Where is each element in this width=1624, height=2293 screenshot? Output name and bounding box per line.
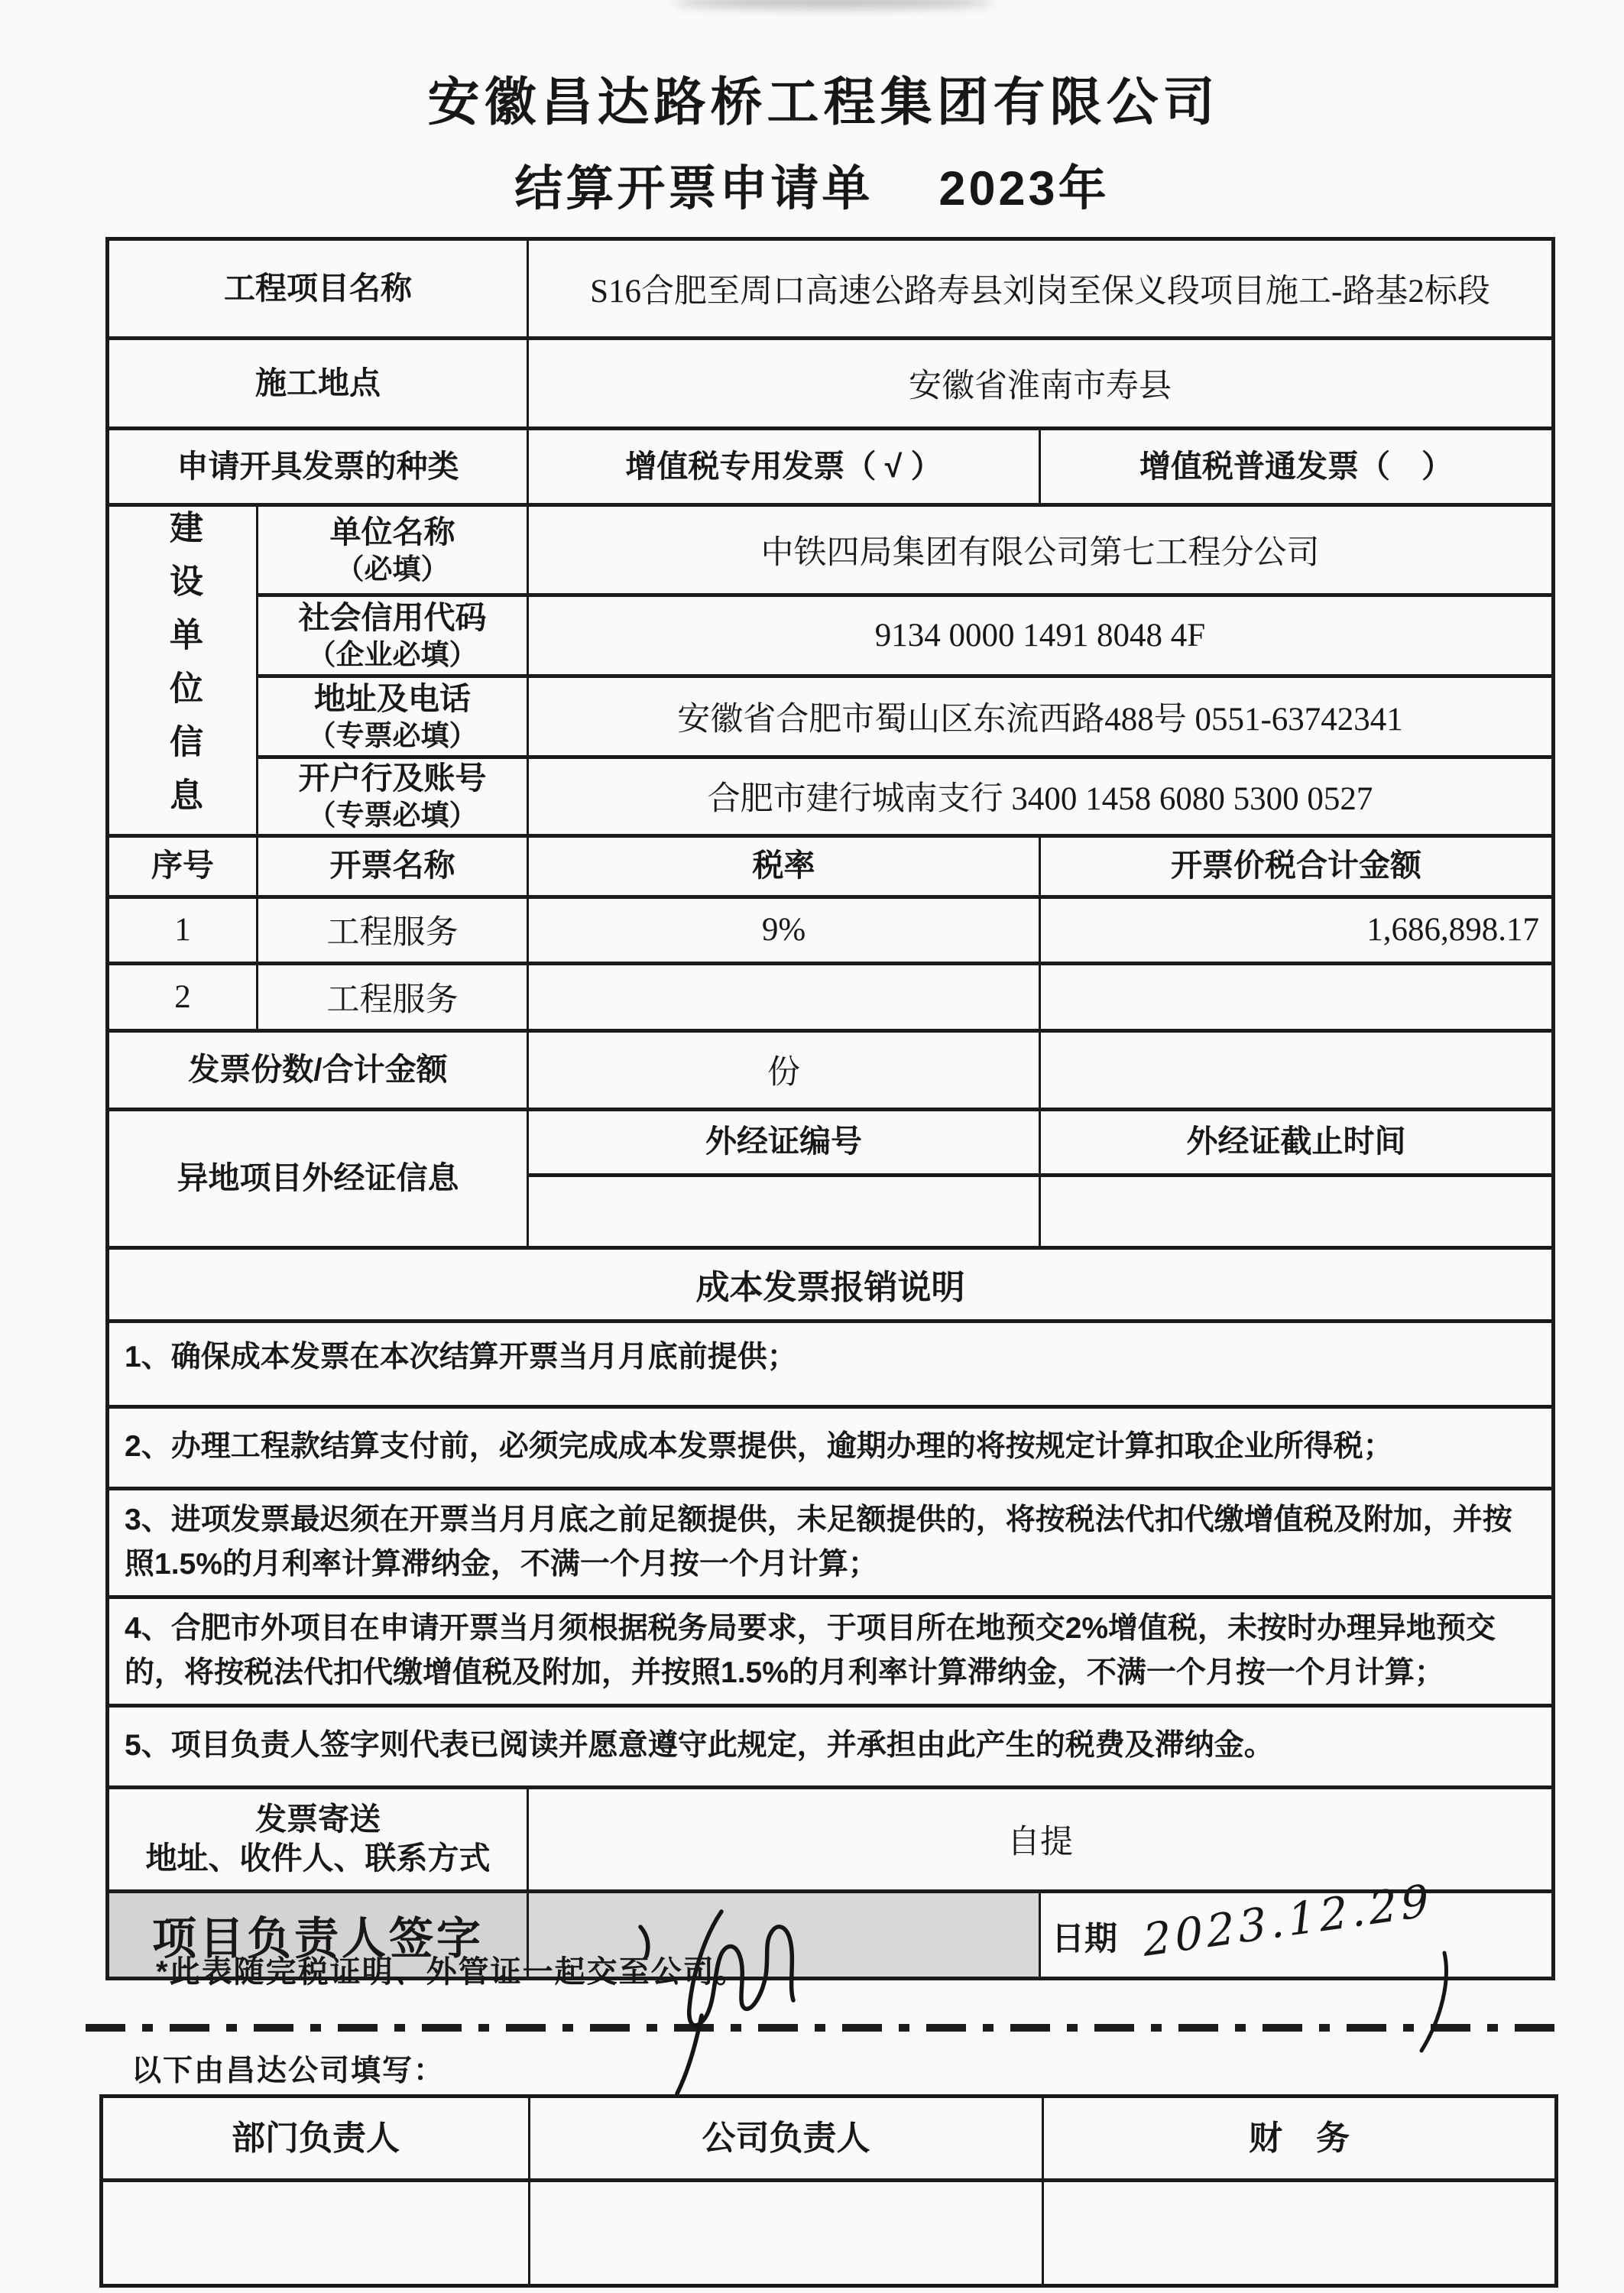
scanned-form-page: 安徽昌达路桥工程集团有限公司 结算开票申请单 2023年 工程项目名称 S16合…: [0, 0, 1624, 2293]
dept-manager-header: 部门负责人: [102, 2097, 530, 2181]
waijing-number-header: 外经证编号: [528, 1109, 1040, 1175]
item1-name: 工程服务: [258, 897, 528, 963]
invoice-type-label: 申请开具发票的种类: [108, 429, 528, 505]
applicant-bank-label: 开户行及账号 （专票必填）: [258, 757, 528, 836]
application-form-table: 工程项目名称 S16合肥至周口高速公路寿县刘岗至保义段项目施工-路基2标段 施工…: [105, 237, 1555, 1980]
company-fill-intro: 以下由昌达公司填写：: [131, 2047, 445, 2090]
item1-no: 1: [108, 897, 258, 963]
note-row-3: 3、进项发票最迟须在开票当月月底之前足额提供，未足额提供的，将按税法代扣代缴增值…: [108, 1488, 1554, 1597]
row-location: 施工地点 安徽省淮南市寿县: [108, 339, 1554, 429]
company-manager-header: 公司负责人: [530, 2097, 1043, 2181]
items-header-name: 开票名称: [258, 835, 528, 897]
applicant-address-value: 安徽省合肥市蜀山区东流西路488号 0551-63742341: [528, 676, 1554, 757]
company-title: 安徽昌达路桥工程集团有限公司: [0, 61, 1624, 135]
waijing-number-value: [528, 1175, 1040, 1247]
row-applicant-bank: 开户行及账号 （专票必填） 合肥市建行城南支行 3400 1458 6080 5…: [108, 757, 1554, 836]
row-invoice-count: 发票份数/合计金额 份: [108, 1030, 1554, 1109]
note-4: 4、合肥市外项目在申请开票当月须根据税务局要求，于项目所在地预交2%增值税，未按…: [108, 1597, 1554, 1705]
waijing-deadline-header: 外经证截止时间: [1040, 1109, 1554, 1175]
finance-header: 财 务: [1043, 2097, 1557, 2181]
note-1: 1、确保成本发票在本次结算开票当月月底前提供；: [108, 1321, 1554, 1406]
delivery-value: 自提: [528, 1787, 1554, 1891]
applicant-credit-code-label: 社会信用代码 （企业必填）: [258, 595, 528, 676]
scan-artifact-smudge: [673, 0, 994, 8]
signature-date-cell: 日期2023.12.29: [1040, 1891, 1554, 1978]
row-applicant-name: 建设单位信息 单位名称 （必填） 中铁四局集团有限公司第七工程分公司: [108, 505, 1554, 595]
item-row-2: 2 工程服务: [108, 963, 1554, 1030]
applicant-address-label: 地址及电话 （专票必填）: [258, 676, 528, 757]
invoice-count-value: [1040, 1030, 1554, 1109]
row-applicant-address: 地址及电话 （专票必填） 安徽省合肥市蜀山区东流西路488号 0551-6374…: [108, 676, 1554, 757]
note-3: 3、进项发票最迟须在开票当月月底之前足额提供，未足额提供的，将按税法代扣代缴增值…: [108, 1488, 1554, 1597]
applicant-bank-value: 合肥市建行城南支行 3400 1458 6080 5300 0527: [528, 757, 1554, 836]
item1-rate: 9%: [528, 897, 1040, 963]
items-header-rate: 税率: [528, 835, 1040, 897]
invoice-type-special: 增值税专用发票（ √ ）: [528, 429, 1040, 505]
item2-name: 工程服务: [258, 963, 528, 1030]
waijing-label: 异地项目外经证信息: [108, 1109, 528, 1247]
row-notes-title: 成本发票报销说明: [108, 1247, 1554, 1321]
form-title-text: 结算开票申请单: [514, 150, 873, 219]
approval-header-row: 部门负责人 公司负责人 财 务: [102, 2097, 1557, 2181]
row-delivery: 发票寄送 地址、收件人、联系方式 自提: [108, 1787, 1554, 1891]
invoice-count-unit: 份: [528, 1030, 1040, 1109]
waijing-deadline-value: [1040, 1175, 1554, 1247]
finance-signature-cell: [1043, 2181, 1557, 2286]
project-name-value: S16合肥至周口高速公路寿县刘岗至保义段项目施工-路基2标段: [528, 239, 1554, 339]
invoice-type-general: 增值税普通发票（ ）: [1040, 429, 1554, 505]
item-row-1: 1 工程服务 9% 1,686,898.17: [108, 897, 1554, 963]
note-row-2: 2、办理工程款结算支付前，必须完成成本发票提供，逾期办理的将按规定计算扣取企业所…: [108, 1406, 1554, 1488]
row-applicant-credit-code: 社会信用代码 （企业必填） 9134 0000 1491 8048 4F: [108, 595, 1554, 676]
item2-rate: [528, 963, 1040, 1030]
dept-manager-signature-cell: [102, 2181, 530, 2286]
location-value: 安徽省淮南市寿县: [528, 339, 1554, 429]
row-project-name: 工程项目名称 S16合肥至周口高速公路寿县刘岗至保义段项目施工-路基2标段: [108, 239, 1554, 339]
items-header-amount: 开票价税合计金额: [1040, 835, 1554, 897]
item1-amount: 1,686,898.17: [1040, 897, 1554, 963]
date-tail-stroke: [1400, 1953, 1461, 2060]
item2-no: 2: [108, 963, 258, 1030]
delivery-label: 发票寄送 地址、收件人、联系方式: [108, 1787, 528, 1891]
items-header-no: 序号: [108, 835, 258, 897]
project-name-label: 工程项目名称: [108, 239, 528, 339]
approval-empty-row: [102, 2181, 1557, 2286]
row-invoice-type: 申请开具发票的种类 增值税专用发票（ √ ） 增值税普通发票（ ）: [108, 429, 1554, 505]
handwritten-signature: [628, 1899, 819, 2098]
note-2: 2、办理工程款结算支付前，必须完成成本发票提供，逾期办理的将按规定计算扣取企业所…: [108, 1406, 1554, 1488]
location-label: 施工地点: [108, 339, 528, 429]
applicant-name-value: 中铁四局集团有限公司第七工程分公司: [528, 505, 1554, 595]
row-items-header: 序号 开票名称 税率 开票价税合计金额: [108, 835, 1554, 897]
notes-section-title: 成本发票报销说明: [108, 1247, 1554, 1321]
applicant-side-label: 建设单位信息: [166, 510, 199, 831]
dash-dot-separator: [86, 2024, 1558, 2032]
note-row-1: 1、确保成本发票在本次结算开票当月月底前提供；: [108, 1321, 1554, 1406]
item2-amount: [1040, 963, 1554, 1030]
date-label: 日期: [1052, 1921, 1117, 1957]
applicant-side-cell: 建设单位信息: [108, 505, 258, 836]
row-waijing-header: 异地项目外经证信息 外经证编号 外经证截止时间: [108, 1109, 1554, 1175]
invoice-count-label: 发票份数/合计金额: [108, 1030, 528, 1109]
form-subtitle: 结算开票申请单 2023年: [0, 150, 1624, 219]
form-year-text: 2023年: [938, 150, 1109, 219]
company-manager-signature-cell: [530, 2181, 1043, 2286]
applicant-name-label: 单位名称 （必填）: [258, 505, 528, 595]
note-5: 5、项目负责人签字则代表已阅读并愿意遵守此规定，并承担由此产生的税费及滞纳金。: [108, 1705, 1554, 1787]
note-row-4: 4、合肥市外项目在申请开票当月须根据税务局要求，于项目所在地预交2%增值税，未按…: [108, 1597, 1554, 1705]
applicant-credit-code-value: 9134 0000 1491 8048 4F: [528, 595, 1554, 676]
note-row-5: 5、项目负责人签字则代表已阅读并愿意遵守此规定，并承担由此产生的税费及滞纳金。: [108, 1705, 1554, 1787]
approval-table: 部门负责人 公司负责人 财 务: [99, 2094, 1558, 2288]
